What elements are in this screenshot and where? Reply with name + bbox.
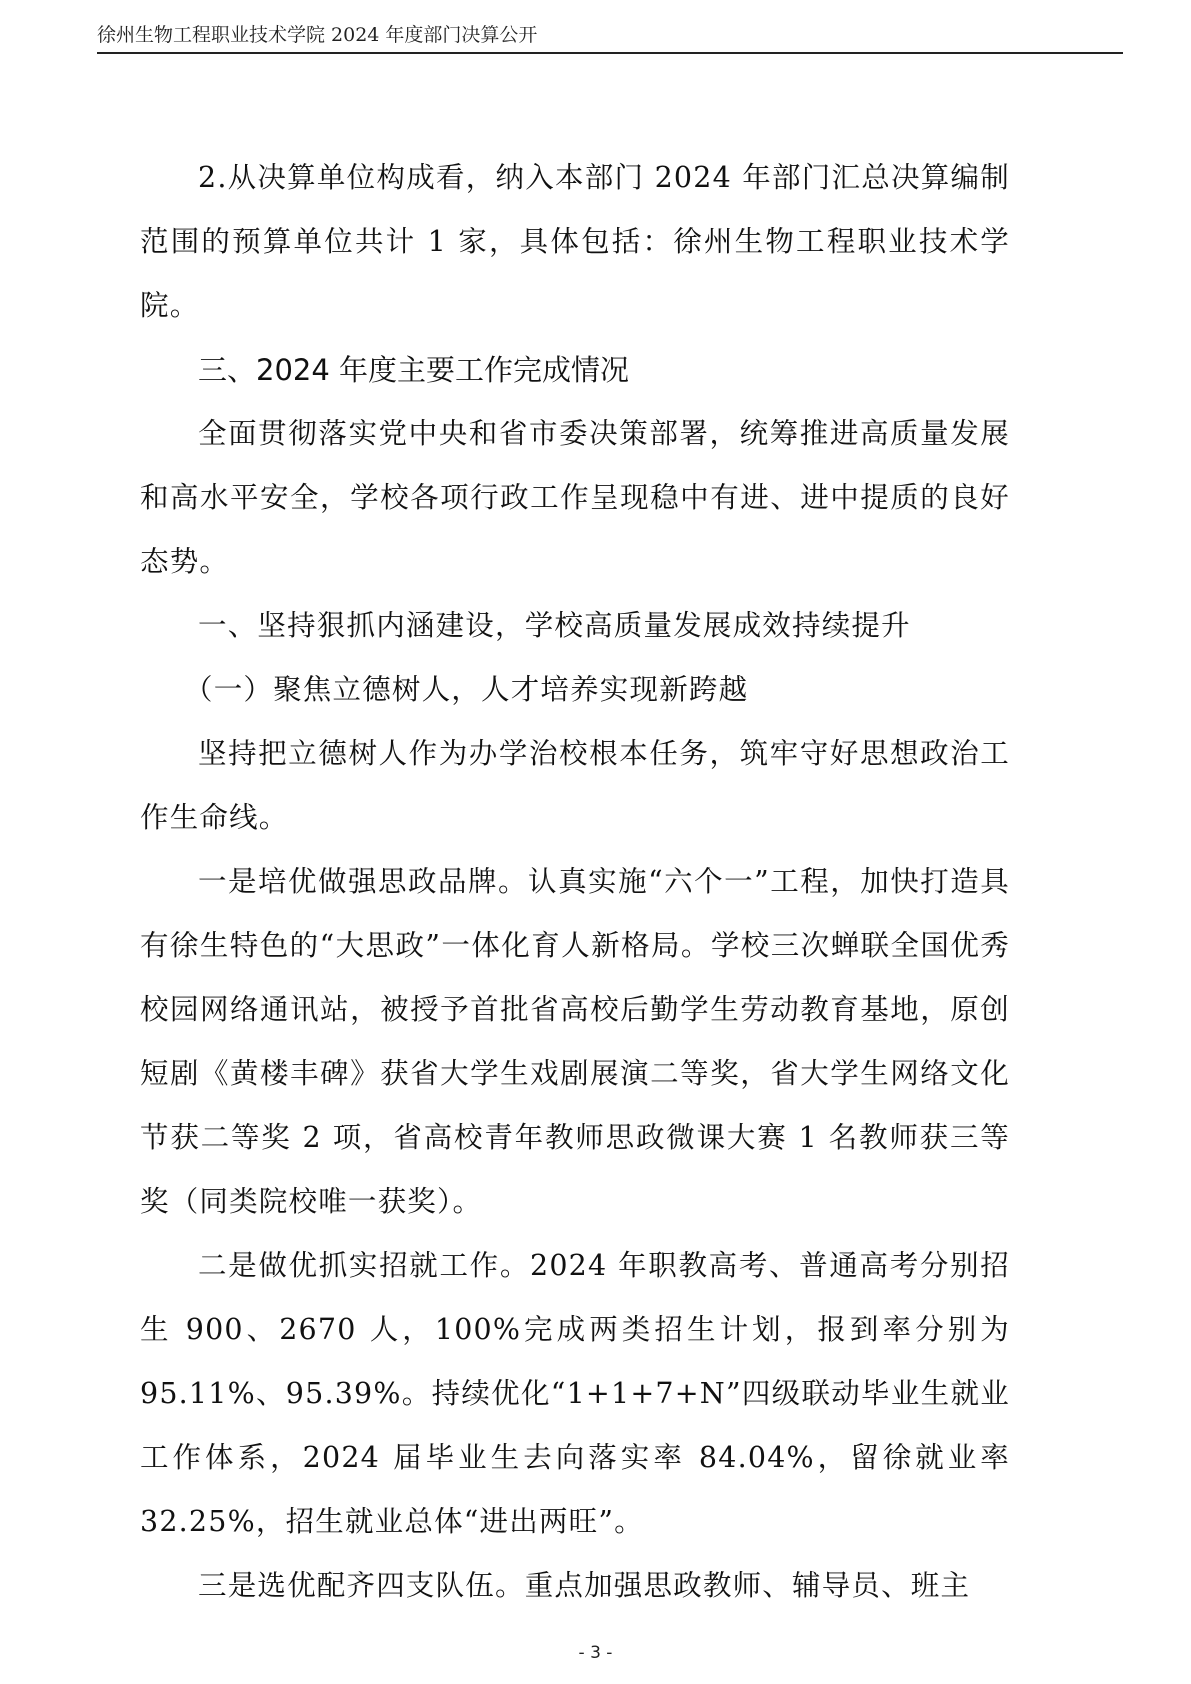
paragraph-unit-composition: 2.从决算单位构成看，纳入本部门 2024 年部门汇总决算编制范围的预算单位共计… [140, 146, 1010, 338]
subheading-moral-education: （一）聚焦立德树人，人才培养实现新跨越 [140, 658, 1010, 722]
header-title: 徐州生物工程职业技术学院 2024 年度部门决算公开 [97, 22, 1123, 48]
document-body: 2.从决算单位构成看，纳入本部门 2024 年部门汇总决算编制范围的预算单位共计… [140, 146, 1010, 1618]
paragraph-overview: 全面贯彻落实党中央和省市委决策部署，统筹推进高质量发展和高水平安全，学校各项行政… [140, 402, 1010, 594]
paragraph-ideological-brand: 一是培优做强思政品牌。认真实施“六个一”工程，加快打造具有徐生特色的“大思政”一… [140, 850, 1010, 1234]
page-header: 徐州生物工程职业技术学院 2024 年度部门决算公开 [97, 22, 1123, 48]
page-number: - 3 - [0, 1643, 1191, 1663]
paragraph-four-teams: 三是选优配齐四支队伍。重点加强思政教师、辅导员、班主 [140, 1554, 1010, 1618]
subheading-connotation-building: 一、坚持狠抓内涵建设，学校高质量发展成效持续提升 [140, 594, 1010, 658]
header-divider [97, 52, 1123, 54]
paragraph-enrollment-employment: 二是做优抓实招就工作。2024 年职教高考、普通高考分别招生 900、2670 … [140, 1234, 1010, 1554]
paragraph-moral-education: 坚持把立德树人作为办学治校根本任务，筑牢守好思想政治工作生命线。 [140, 722, 1010, 850]
section-heading-work-completion: 三、2024 年度主要工作完成情况 [140, 338, 1010, 402]
